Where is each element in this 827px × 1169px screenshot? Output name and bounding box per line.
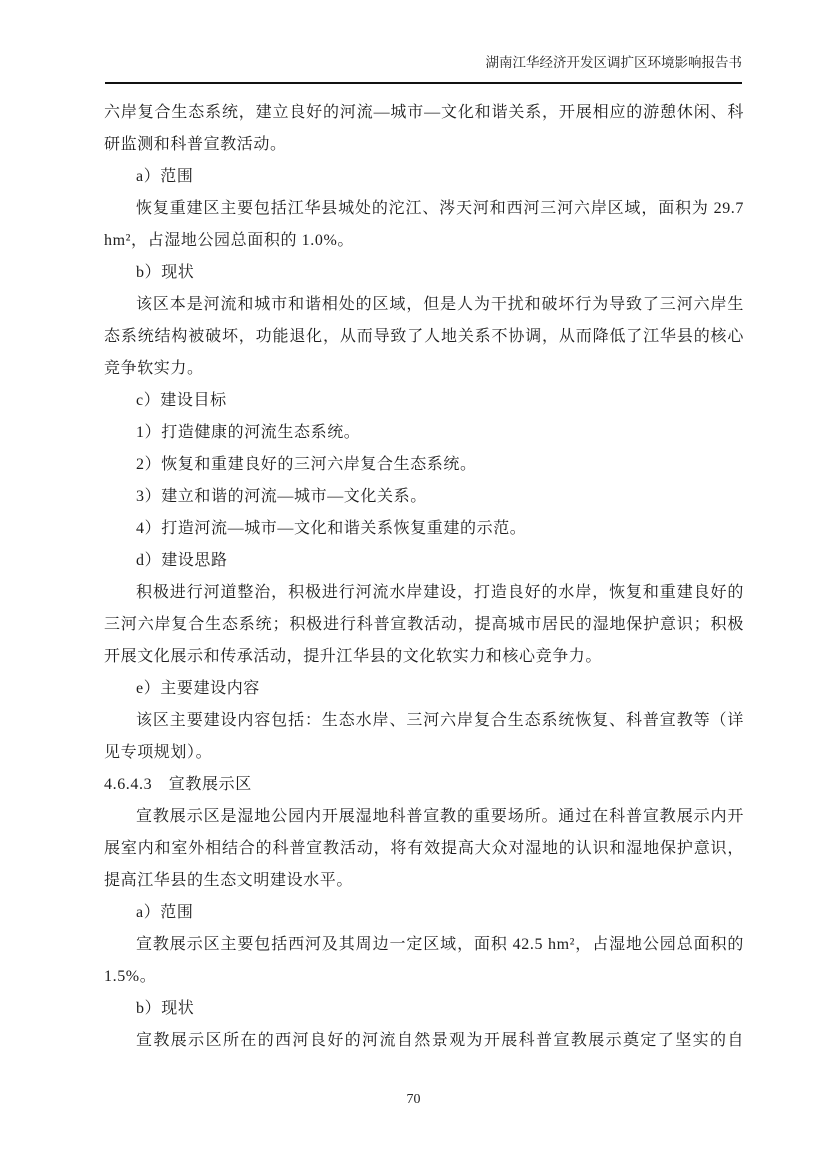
- item-a-scope-label: a）范围: [104, 161, 744, 193]
- paragraph-main-content: 该区主要建设内容包括：生态水岸、三河六岸复合生态系统恢复、科普宣教等（详见专项规…: [104, 705, 744, 769]
- section-heading-4-6-4-3: 4.6.4.3 宣教展示区: [104, 769, 744, 801]
- item-c-goals-label: c）建设目标: [104, 385, 744, 417]
- paragraph-continued: 六岸复合生态系统，建立良好的河流—城市—文化和谐关系，开展相应的游憩休闲、科研监…: [104, 97, 744, 161]
- item-a-scope-label-2: a）范围: [104, 897, 744, 929]
- item-b-status-label: b）现状: [104, 257, 744, 289]
- document-body: 六岸复合生态系统，建立良好的河流—城市—文化和谐关系，开展相应的游憩休闲、科研监…: [104, 97, 744, 1057]
- item-b-status-label-2: b）现状: [104, 993, 744, 1025]
- paragraph-scope-restoration-area: 恢复重建区主要包括江华县城处的沱江、涔天河和西河三河六岸区域，面积为 29.7 …: [104, 193, 744, 257]
- paragraph-education-area-intro: 宣教展示区是湿地公园内开展湿地科普宣教的重要场所。通过在科普宣教展示内开展室内和…: [104, 801, 744, 897]
- paragraph-status-restoration-area: 该区本是河流和城市和谐相处的区域，但是人为干扰和破坏行为导致了三河六岸生态系统结…: [104, 289, 744, 385]
- page-header: 湖南江华经济开发区调扩区环境影响报告书: [105, 48, 742, 84]
- paragraph-status-education-area: 宣教展示区所在的西河良好的河流自然景观为开展科普宣教展示奠定了坚实的自: [104, 1025, 744, 1057]
- goal-item-4: 4）打造河流—城市—文化和谐关系恢复重建的示范。: [104, 513, 744, 545]
- paragraph-approach: 积极进行河道整治，积极进行河流水岸建设，打造良好的水岸，恢复和重建良好的三河六岸…: [104, 577, 744, 673]
- paragraph-scope-education-area: 宣教展示区主要包括西河及其周边一定区域，面积 42.5 hm²，占湿地公园总面积…: [104, 929, 744, 993]
- goal-item-3: 3）建立和谐的河流—城市—文化关系。: [104, 481, 744, 513]
- goal-item-2: 2）恢复和重建良好的三河六岸复合生态系统。: [104, 449, 744, 481]
- item-e-content-label: e）主要建设内容: [104, 673, 744, 705]
- goal-item-1: 1）打造健康的河流生态系统。: [104, 417, 744, 449]
- page-footer: 70: [0, 1092, 827, 1108]
- item-d-approach-label: d）建设思路: [104, 545, 744, 577]
- document-page: 湖南江华经济开发区调扩区环境影响报告书 六岸复合生态系统，建立良好的河流—城市—…: [0, 0, 827, 1169]
- header-title: 湖南江华经济开发区调扩区环境影响报告书: [486, 55, 743, 70]
- page-number: 70: [407, 1092, 421, 1107]
